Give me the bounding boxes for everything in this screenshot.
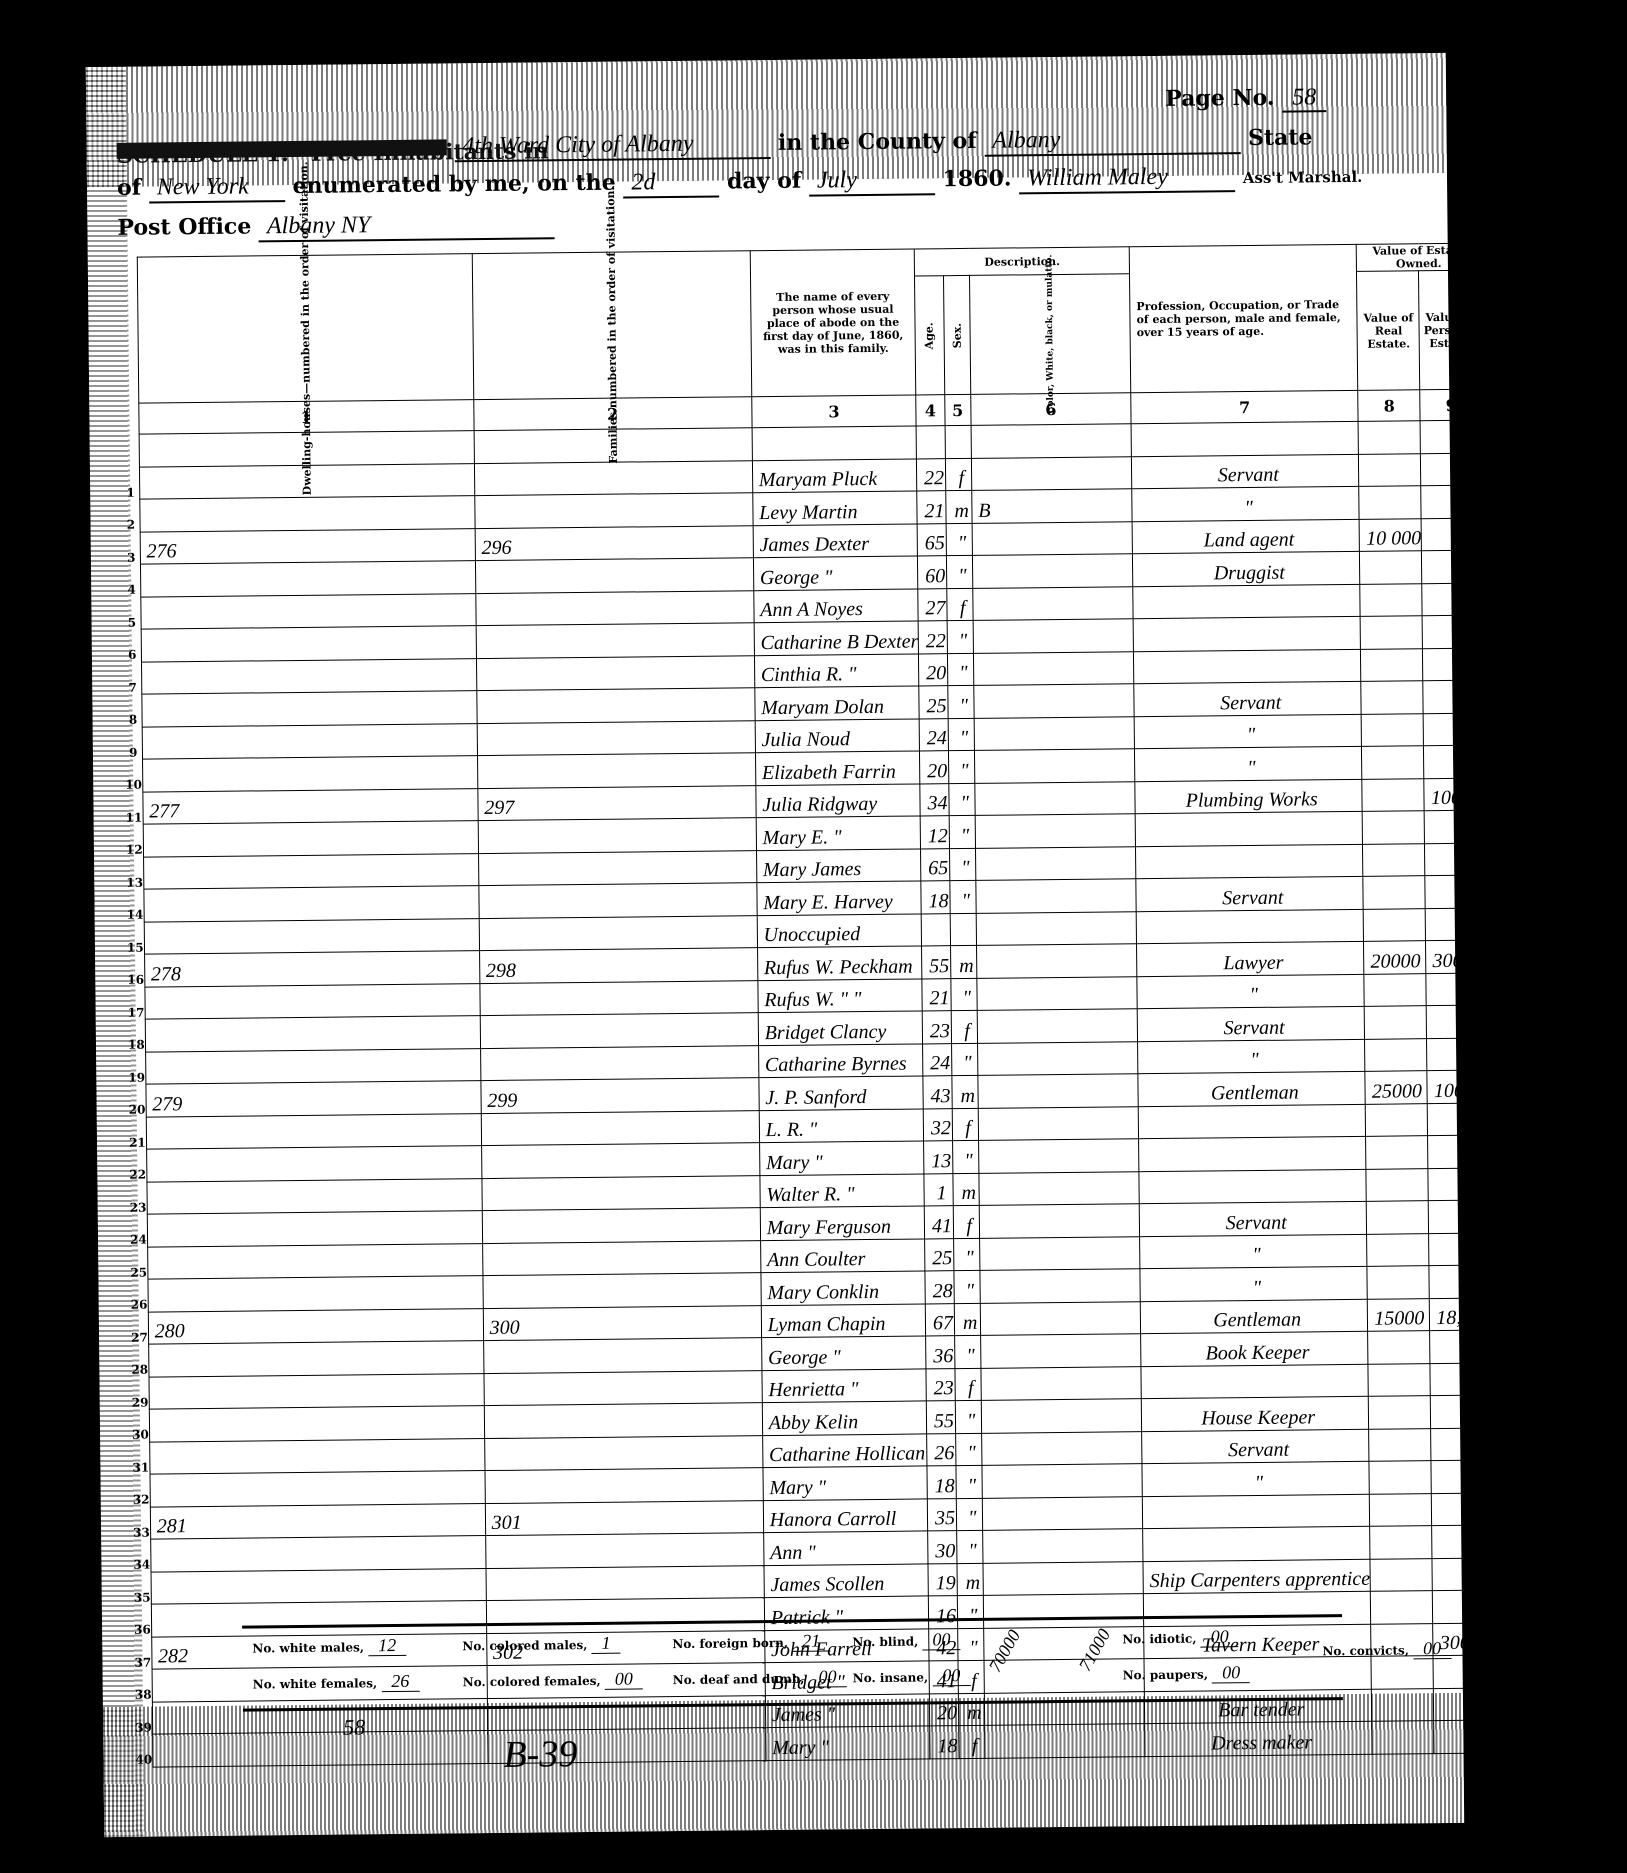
- occupation-cell: ": [1132, 486, 1360, 521]
- page-number-label: Page No.: [1165, 85, 1275, 112]
- dwelling-number: 276: [140, 537, 474, 563]
- personal-estate-value-cell: [1420, 420, 1482, 453]
- sex: m: [958, 1702, 984, 1725]
- family-number-cell: [480, 1045, 758, 1080]
- age-cell: 65: [921, 848, 949, 881]
- married-within-year-cell: [1617, 1490, 1627, 1524]
- married-within-year: [1621, 1749, 1627, 1751]
- page-number-value: 58: [1282, 84, 1326, 112]
- birthplace-cell: New York: [1487, 874, 1611, 908]
- person-name: Julia Ridgway: [756, 792, 920, 817]
- married-within-year-cell: [1617, 1457, 1627, 1491]
- real-estate-value-cell: [1362, 778, 1424, 811]
- family-number-cell: [477, 753, 755, 788]
- sex: ": [950, 857, 976, 880]
- married-within-year-cell: [1607, 515, 1627, 549]
- birthplace: Ireland: [1491, 1208, 1614, 1232]
- occupation-cell: [1135, 811, 1363, 846]
- dwelling-number-cell: [149, 1373, 484, 1409]
- family-number-cell: [482, 1208, 760, 1243]
- personal-estate-value: 30000: [1426, 949, 1487, 973]
- sex: ": [948, 662, 974, 685]
- sex-cell: m: [951, 1075, 978, 1108]
- personal-estate-value-cell: [1423, 680, 1485, 713]
- sex-cell: ": [950, 978, 977, 1011]
- color-cell: [973, 586, 1134, 620]
- age-cell: 21: [917, 491, 945, 524]
- color-cell: [972, 554, 1133, 588]
- age: 23: [927, 1377, 954, 1400]
- occupation-cell: ": [1142, 1461, 1370, 1496]
- sex-cell: ": [946, 523, 973, 556]
- left-line-number: 21: [129, 1117, 147, 1150]
- personal-estate-value-cell: [1425, 810, 1487, 843]
- sex-cell: ": [956, 1498, 983, 1531]
- person-name: James Dexter: [753, 532, 917, 557]
- real-estate-value-cell: [1366, 1136, 1428, 1169]
- sex-cell: f: [951, 1010, 978, 1043]
- person-name-cell: George ": [761, 1336, 926, 1370]
- sex: m: [952, 1084, 978, 1107]
- age-cell: 24: [920, 718, 948, 751]
- left-line-number: 10: [125, 759, 143, 792]
- family-number-cell: [476, 655, 754, 690]
- occupation: ": [1138, 1048, 1365, 1073]
- sex-cell: ": [952, 1140, 979, 1173]
- age-cell: 23: [923, 1011, 951, 1044]
- color-cell: [978, 1139, 1139, 1173]
- dwelling-number-cell: 279: [146, 1081, 481, 1117]
- age: 18: [922, 890, 949, 913]
- census-page: Page No. 58 SCHEDULE 1.—Free Inhabitants…: [86, 53, 1464, 1837]
- occupation: ": [1143, 1470, 1370, 1495]
- occupation: Servant: [1132, 463, 1359, 488]
- idiotic: No. idiotic, 00: [1122, 1626, 1239, 1648]
- family-number-cell: [485, 1468, 763, 1503]
- left-line-number: 36: [134, 1604, 152, 1637]
- dwelling-number-cell: 280: [148, 1308, 483, 1344]
- left-line-number: 11: [125, 792, 143, 825]
- real-estate-value-cell: [1359, 486, 1421, 519]
- personal-estate-value-cell: [1425, 875, 1487, 908]
- sex-cell: ": [949, 848, 976, 881]
- married-within-year-cell: [1611, 840, 1627, 874]
- person-name-cell: Maryam Dolan: [755, 686, 920, 720]
- state-value: New York: [149, 173, 285, 203]
- sex: ": [953, 1149, 979, 1172]
- occupation: ": [1141, 1275, 1368, 1300]
- age-cell: 67: [926, 1303, 954, 1336]
- married-within-year-cell: [1619, 1620, 1627, 1654]
- person-name: Lyman Chapin: [762, 1312, 926, 1337]
- sex: ": [951, 987, 977, 1010]
- personal-estate-value-cell: 10000: [1424, 778, 1486, 811]
- sex: m: [953, 1182, 979, 1205]
- birthplace-cell: England: [1486, 776, 1610, 810]
- occupation: Servant: [1136, 885, 1363, 910]
- occupation: ": [1132, 495, 1359, 520]
- deaf-dumb: No. deaf and dumb, 00: [673, 1666, 847, 1689]
- age-cell: [917, 426, 945, 459]
- age-cell: 32: [924, 1108, 952, 1141]
- sex: ": [946, 532, 972, 555]
- sex: ": [956, 1507, 982, 1530]
- color-cell: [976, 879, 1137, 913]
- person-name-cell: Abby Kelin: [762, 1401, 927, 1435]
- year-value: 1860.: [942, 165, 1011, 192]
- family-number-cell: [483, 1338, 761, 1373]
- birthplace: ": [1485, 655, 1608, 679]
- col-personal-estate-header: Value of Personal Estate.: [1419, 270, 1482, 390]
- real-estate-value: 15000: [1368, 1307, 1429, 1331]
- real-estate-value-cell: [1365, 1006, 1427, 1039]
- real-estate-value-cell: [1362, 746, 1424, 779]
- person-name: Hanora Carroll: [764, 1507, 928, 1532]
- birthplace: ": [1495, 1533, 1618, 1557]
- sex: f: [955, 1377, 981, 1400]
- col-occupation-header: Profession, Occupation, or Trade of each…: [1129, 244, 1358, 392]
- age: 23: [923, 1020, 950, 1043]
- real-estate-value-cell: 20000: [1364, 941, 1426, 974]
- family-number-cell: 300: [483, 1305, 761, 1340]
- birthplace: ": [1492, 1240, 1615, 1264]
- left-line-number: 14: [126, 889, 144, 922]
- age-cell: 20: [920, 751, 948, 784]
- occupation-cell: [1143, 1526, 1371, 1561]
- color-cell: [981, 1399, 1142, 1433]
- person-name: Bridget Clancy: [759, 1020, 923, 1045]
- occupation: House Keeper: [1142, 1405, 1369, 1430]
- dwelling-number-cell: [147, 1243, 482, 1279]
- sex-cell: m: [950, 945, 977, 978]
- birthplace: New York: [1491, 1143, 1614, 1167]
- occupation: Lawyer: [1137, 950, 1364, 975]
- color-cell: [974, 684, 1135, 718]
- age-cell: 41: [925, 1206, 953, 1239]
- age: 12: [921, 825, 948, 848]
- sex-cell: ": [955, 1433, 982, 1466]
- sex-cell: ": [947, 685, 974, 718]
- personal-estate-value-cell: [1426, 973, 1488, 1006]
- age: 18: [928, 1475, 955, 1498]
- age: 32: [924, 1117, 951, 1140]
- bottom-stamp: B-39: [503, 1732, 577, 1777]
- age: 21: [923, 987, 950, 1010]
- sex-cell: m: [952, 1173, 979, 1206]
- age: 67: [926, 1312, 953, 1335]
- real-estate-value: 25000: [1366, 1080, 1427, 1104]
- color-cell: [985, 1724, 1146, 1758]
- left-line-number: 25: [130, 1247, 148, 1280]
- sex-cell: m: [945, 490, 972, 523]
- occupation-cell: ": [1137, 974, 1365, 1009]
- left-line-number: 6: [124, 629, 142, 662]
- married-within-year-cell: [1612, 970, 1627, 1004]
- person-name-cell: Catharine Byrnes: [758, 1043, 923, 1077]
- person-name: J. P. Sanford: [759, 1085, 923, 1110]
- person-name-cell: Julia Ridgway: [756, 783, 921, 817]
- age-cell: 43: [923, 1076, 951, 1109]
- person-name: Mary E. ": [756, 825, 920, 850]
- married-within-year-cell: [1610, 775, 1627, 809]
- left-line-number: 2: [122, 499, 140, 532]
- person-name: James Scollen: [764, 1572, 928, 1597]
- person-name-cell: Levy Martin: [752, 491, 917, 525]
- birthplace: ": [1486, 720, 1609, 744]
- sex: ": [956, 1474, 982, 1497]
- dwelling-number: 280: [149, 1317, 483, 1343]
- person-name-cell: Catharine B Dexter: [754, 621, 919, 655]
- description-group-header: Description.: [915, 247, 1130, 276]
- dwelling-number-cell: [142, 756, 477, 792]
- age: 18: [931, 1735, 958, 1758]
- dwelling-number-cell: [150, 1536, 485, 1572]
- color-cell: [974, 749, 1135, 783]
- real-estate-value-cell: [1359, 453, 1421, 486]
- age-cell: 65: [918, 523, 946, 556]
- dwelling-number-cell: [147, 1178, 482, 1214]
- sex: f: [946, 467, 972, 490]
- birthplace: England: [1487, 785, 1610, 809]
- personal-estate-value-cell: [1432, 1525, 1494, 1558]
- married-within-year-cell: [1606, 450, 1627, 484]
- dwelling-number-cell: 281: [150, 1503, 485, 1539]
- real-estate-value-cell: [1370, 1493, 1432, 1526]
- family-number-cell: [480, 980, 758, 1015]
- dwelling-number: 279: [146, 1090, 480, 1116]
- sex-cell: ": [948, 783, 975, 816]
- birthplace: Virginia: [1490, 1078, 1613, 1102]
- age: 26: [928, 1442, 955, 1465]
- dwelling-number-cell: [148, 1341, 483, 1377]
- occupation: Servant: [1134, 690, 1361, 715]
- sex-cell: f: [945, 458, 972, 491]
- age-cell: 24: [923, 1043, 951, 1076]
- person-name: Mary Conklin: [761, 1280, 925, 1305]
- personal-estate-value-cell: [1427, 1005, 1489, 1038]
- occupation-cell: Servant: [1142, 1429, 1370, 1464]
- married-within-year-cell: [1612, 937, 1627, 971]
- left-line-number: 34: [133, 1539, 151, 1572]
- personal-estate-value-cell: [1423, 648, 1485, 681]
- person-name-cell: Ann A Noyes: [754, 588, 919, 622]
- person-name: Rufus W. " ": [758, 987, 922, 1012]
- color-cell: [980, 1334, 1141, 1368]
- personal-estate-value-cell: [1424, 745, 1486, 778]
- age-cell: 18: [930, 1726, 958, 1759]
- dwelling-number-cell: 278: [144, 951, 479, 987]
- family-number: 298: [480, 957, 757, 983]
- birthplace-cell: Ireland: [1483, 451, 1607, 485]
- birthplace: England: [1487, 850, 1610, 874]
- age-cell: 36: [926, 1336, 954, 1369]
- age-cell: 60: [918, 556, 946, 589]
- birthplace: ": [1493, 1403, 1616, 1427]
- person-name: Mary Ferguson: [761, 1215, 925, 1240]
- birthplace: Ireland: [1483, 460, 1606, 484]
- real-estate-value-cell: [1369, 1396, 1431, 1429]
- birthplace: ": [1494, 1468, 1617, 1492]
- person-name: George ": [762, 1345, 926, 1370]
- color-cell: [981, 1366, 1142, 1400]
- real-estate-value-cell: [1360, 583, 1422, 616]
- occupation-cell: [1139, 1169, 1367, 1204]
- occupation: Gentleman: [1139, 1080, 1366, 1105]
- age-cell: 26: [927, 1433, 955, 1466]
- birthplace-cell: ": [1493, 1459, 1617, 1493]
- person-name: Rufus W. Peckham: [758, 955, 922, 980]
- family-number-cell: [482, 1240, 760, 1275]
- dwelling-number-cell: [142, 691, 477, 727]
- age: 36: [927, 1345, 954, 1368]
- personal-estate-value-cell: [1434, 1720, 1496, 1753]
- personal-estate-value: 10000: [1425, 787, 1486, 811]
- age-cell: 13: [924, 1141, 952, 1174]
- color-cell: [971, 456, 1132, 490]
- left-line-number: 4: [123, 564, 141, 597]
- occupation-cell: Servant: [1131, 454, 1359, 489]
- personal-estate-value-cell: [1425, 843, 1487, 876]
- sex: m: [957, 1572, 983, 1595]
- married-within-year-cell: [1613, 1100, 1627, 1134]
- birthplace-cell: ": [1492, 1361, 1616, 1395]
- paupers: No. paupers, 00: [1123, 1662, 1251, 1684]
- person-name: Maryam Dolan: [755, 695, 919, 720]
- real-estate-value: [1373, 1753, 1434, 1754]
- age-cell: 23: [926, 1368, 954, 1401]
- header-line-3: Post Office Albany NY: [117, 210, 555, 244]
- birthplace: Ireland: [1486, 688, 1609, 712]
- person-name-cell: L. R. ": [759, 1108, 924, 1142]
- color-cell: [980, 1269, 1141, 1303]
- birthplace-cell: Ireland: [1493, 1426, 1617, 1460]
- marshal-name: William Maley: [1019, 163, 1235, 194]
- person-name-cell: Ann ": [763, 1531, 928, 1565]
- age-cell: 25: [925, 1238, 953, 1271]
- left-line-number: 33: [133, 1507, 151, 1540]
- birthplace: ": [1496, 1630, 1619, 1654]
- age: 25: [920, 695, 947, 718]
- occupation-cell: Druggist: [1132, 551, 1360, 586]
- person-name: Ann Coulter: [761, 1247, 925, 1272]
- birthplace-cell: New York: [1490, 1134, 1614, 1168]
- color-cell: [979, 1171, 1140, 1205]
- sex: f: [951, 1019, 977, 1042]
- person-name: Elizabeth Farrin: [756, 760, 920, 785]
- personal-estate-value: 10000: [1428, 1079, 1489, 1103]
- birthplace-cell: New York: [1488, 939, 1612, 973]
- person-name-cell: Mary E. Harvey: [757, 881, 922, 915]
- census-table: Dwelling-houses—numbered in the order of…: [120, 234, 1627, 1767]
- left-line-number: 39: [135, 1702, 153, 1735]
- occupation: Ship Carpenters apprentice: [1144, 1568, 1371, 1593]
- birthplace: ": [1484, 558, 1607, 582]
- color-cell: [976, 911, 1137, 945]
- real-estate-value-cell: [1372, 1688, 1434, 1721]
- family-number-cell: [486, 1565, 764, 1600]
- col-birthplace-header: Place of Birth, Naming the State, Territ…: [1481, 242, 1606, 389]
- color-cell: [971, 424, 1132, 458]
- family-number-cell: 299: [481, 1078, 759, 1113]
- person-name-cell: James Scollen: [764, 1563, 929, 1597]
- col-number: 10: [1482, 388, 1606, 420]
- occupation-cell: Plumbing Works: [1135, 779, 1363, 814]
- person-name-cell: Mary Ferguson: [760, 1206, 925, 1240]
- marshal-label: Ass't Marshal.: [1243, 168, 1363, 187]
- personal-estate-value-cell: [1421, 453, 1483, 486]
- person-name: James ": [766, 1702, 930, 1727]
- sex-cell: ": [946, 555, 973, 588]
- dwelling-number-cell: [144, 918, 479, 954]
- occupation: Servant: [1138, 1015, 1365, 1040]
- real-estate-value-cell: [1368, 1331, 1430, 1364]
- dwelling-number-cell: 277: [143, 788, 478, 824]
- birthplace-cell: Massachusetts: [1492, 1296, 1616, 1330]
- age-cell: 20: [919, 653, 947, 686]
- dwelling-number-cell: [141, 658, 476, 694]
- married-within-year-cell: [1609, 710, 1627, 744]
- color-cell: [976, 944, 1137, 978]
- person-name-cell: Ann Coulter: [760, 1238, 925, 1272]
- occupation: Land agent: [1133, 528, 1360, 553]
- person-name-cell: Bridget Clancy: [758, 1011, 923, 1045]
- real-estate-value-cell: [1369, 1428, 1431, 1461]
- personal-estate-value-cell: [1421, 518, 1483, 551]
- colored-females: No. colored females, 00: [463, 1668, 643, 1691]
- sex: ": [950, 889, 976, 912]
- sex: ": [955, 1344, 981, 1367]
- person-name-cell: Maryam Pluck: [752, 458, 917, 492]
- dwelling-number-cell: [145, 1016, 480, 1052]
- family-number-cell: [484, 1370, 762, 1405]
- birthplace-cell: ": [1484, 614, 1608, 648]
- personal-estate-value-cell: [1433, 1590, 1495, 1623]
- sex-cell: ": [955, 1465, 982, 1498]
- dwelling-number-cell: [145, 983, 480, 1019]
- person-name-cell: Henrietta ": [762, 1368, 927, 1402]
- married-within-year-cell: [1614, 1197, 1627, 1231]
- married-within-year-cell: [1609, 677, 1627, 711]
- occupation-cell: [1136, 909, 1364, 944]
- person-name-cell: Elizabeth Farrin: [755, 751, 920, 785]
- color-cell: B: [972, 489, 1133, 523]
- family-number-cell: 296: [475, 525, 753, 560]
- left-line-number: 17: [127, 987, 145, 1020]
- sex: ": [955, 1409, 981, 1432]
- age: 30: [929, 1540, 956, 1563]
- person-name: Mary ": [763, 1475, 927, 1500]
- age-cell: 25: [919, 686, 947, 719]
- dwelling-number-cell: [146, 1146, 481, 1182]
- age: 55: [923, 955, 950, 978]
- sex: m: [946, 499, 972, 522]
- family-number: 297: [478, 794, 755, 820]
- person-name-cell: [752, 426, 917, 460]
- age: 28: [926, 1280, 953, 1303]
- real-estate-value-cell: [1364, 973, 1426, 1006]
- insane: No. insane, 00: [853, 1665, 971, 1687]
- dwelling-number-cell: [148, 1276, 483, 1312]
- married-within-year-cell: [1615, 1230, 1627, 1264]
- left-line-number: 5: [123, 597, 141, 630]
- left-line-number: 26: [130, 1279, 148, 1312]
- left-line-number: 24: [130, 1214, 148, 1247]
- occupation: Gentleman: [1141, 1308, 1368, 1333]
- real-estate-value-cell: 15000: [1368, 1298, 1430, 1331]
- sex: ": [956, 1442, 982, 1465]
- age: 65: [922, 857, 949, 880]
- birthplace-cell: Virginia: [1489, 1069, 1613, 1103]
